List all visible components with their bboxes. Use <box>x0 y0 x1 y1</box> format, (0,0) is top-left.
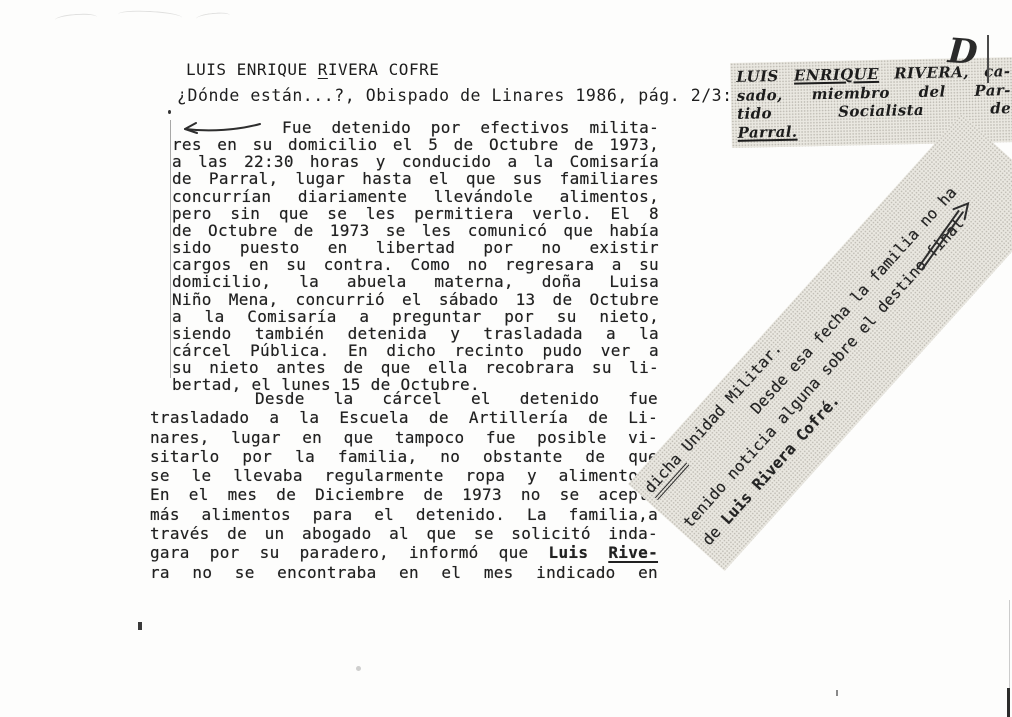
text-line: pero sin que se les permitiera verlo. El… <box>172 205 659 222</box>
text-segment: ENRIQUE <box>794 65 879 85</box>
text-segment: de Parral, lugar hasta el que sus famili… <box>172 169 659 188</box>
text-segment: Desde la cárcel el detenido fue <box>255 389 658 408</box>
text-line: más alimentos para el detenido. La famil… <box>150 505 658 524</box>
edge-mark <box>987 35 989 83</box>
text-segment: trasladado a la Escuela de Artillería de… <box>150 408 658 427</box>
text-segment: cargos en su contra. Como no regresara a… <box>172 255 659 274</box>
text-line: concurrían diariamente llevándole alimen… <box>172 188 659 205</box>
title-underlined-letter: R <box>318 60 328 79</box>
text-line: a las 22:30 horas y conducido a la Comis… <box>172 153 659 170</box>
paragraph-2: Desde la cárcel el detenido fuetrasladad… <box>150 389 658 582</box>
pencil-scribble <box>55 13 98 25</box>
paragraph-1: Fue detenido por efectivos milita-res en… <box>172 119 659 394</box>
ink-speck <box>168 110 171 114</box>
source-citation: ¿Dónde están...?, Obispado de Linares 19… <box>177 86 733 105</box>
text-segment: a las 22:30 horas y conducido a la Comis… <box>172 152 659 171</box>
text-line: de Parral, lugar hasta el que sus famili… <box>172 170 659 187</box>
text-segment: Rive- <box>608 543 658 562</box>
title-segment: LUIS ENRIQUE <box>186 60 318 79</box>
text-segment: de Octubre de 1973 se les comunicó que h… <box>172 221 659 240</box>
ink-speck <box>138 622 142 630</box>
text-segment: través de un abogado al que se solicitó … <box>150 524 658 543</box>
text-line: cargos en su contra. Como no regresara a… <box>172 256 659 273</box>
text-segment: Luis <box>549 543 609 562</box>
text-line: gara por su paradero, informó que Luis R… <box>150 543 658 562</box>
text-segment: nares, lugar en que tampoco fue posible … <box>150 428 658 447</box>
text-segment: cárcel Pública. En dicho recinto pudo ve… <box>172 341 659 360</box>
text-segment: concurrían diariamente llevándole alimen… <box>172 187 659 206</box>
text-line: Desde esa fecha la familia no ha <box>657 141 999 517</box>
text-segment: a la Comisaría a preguntar por su nieto, <box>172 307 659 326</box>
text-segment: ra no se encontraba en el mes indicado e… <box>150 563 658 582</box>
text-segment: Parral. <box>737 122 797 141</box>
text-segment: más alimentos para el detenido. La famil… <box>150 505 658 524</box>
text-segment: domicilio, la abuela materna, doña Luisa <box>172 272 659 291</box>
text-line: res en su domicilio el 5 de Octubre de 1… <box>172 136 659 153</box>
text-line: de Octubre de 1973 se les comunicó que h… <box>172 222 659 239</box>
text-segment: En el mes de Diciembre de 1973 no se ace… <box>150 485 658 504</box>
ink-speck <box>356 666 361 671</box>
text-segment: pero sin que se les permitiera verlo. El… <box>172 204 659 223</box>
text-segment: sido puesto en libertad por no existir <box>172 238 659 257</box>
scanned-document-page: LUIS ENRIQUE RIVERA COFRE ¿Dónde están..… <box>0 0 1012 717</box>
ink-speck <box>836 690 838 696</box>
diagonal-note: dicha Unidad Militar.Desde esa fecha la … <box>628 114 1012 571</box>
text-segment: gara por su paradero, informó que <box>150 543 549 562</box>
text-segment: su nieto antes de que ella recobrara su … <box>172 358 659 377</box>
text-segment: se le llevaba regularmente ropa y alimen… <box>150 466 658 485</box>
pencil-scribble <box>118 9 182 22</box>
text-line: cárcel Pública. En dicho recinto pudo ve… <box>172 342 659 359</box>
scan-edge-artifact <box>1007 688 1010 717</box>
paste-edge-line <box>170 120 171 378</box>
text-line: sido puesto en libertad por no existir <box>172 239 659 256</box>
text-line: a la Comisaría a preguntar por su nieto, <box>172 308 659 325</box>
text-segment: Fue detenido por efectivos milita- <box>282 118 659 137</box>
title-segment: IVERA COFRE <box>328 60 439 79</box>
text-segment: sitarlo por la familia, no obstante de q… <box>150 447 658 466</box>
text-line: nares, lugar en que tampoco fue posible … <box>150 428 658 447</box>
text-line: Niño Mena, concurrió el sábado 13 de Oct… <box>172 291 659 308</box>
text-segment: RIVERA, ca- <box>879 62 1011 83</box>
text-line: su nieto antes de que ella recobrara su … <box>172 359 659 376</box>
text-line: siendo también detenida y trasladada a l… <box>172 325 659 342</box>
text-line: Desde la cárcel el detenido fue <box>150 389 658 408</box>
text-segment: siendo también detenida y trasladada a l… <box>172 324 659 343</box>
text-line: trasladado a la Escuela de Artillería de… <box>150 408 658 427</box>
text-line: domicilio, la abuela materna, doña Luisa <box>172 273 659 290</box>
text-line: En el mes de Diciembre de 1973 no se ace… <box>150 485 658 504</box>
document-title: LUIS ENRIQUE RIVERA COFRE <box>186 60 439 79</box>
corner-letter: D <box>947 31 979 73</box>
pencil-scribble <box>196 11 231 23</box>
text-segment: res en su domicilio el 5 de Octubre de 1… <box>172 135 659 154</box>
text-segment: Niño Mena, concurrió el sábado 13 de Oct… <box>172 290 659 309</box>
text-line: Fue detenido por efectivos milita- <box>172 119 659 136</box>
text-segment: LUIS <box>736 67 794 86</box>
scan-edge-artifact <box>1009 600 1010 692</box>
text-line: sitarlo por la familia, no obstante de q… <box>150 447 658 466</box>
text-line: través de un abogado al que se solicitó … <box>150 524 658 543</box>
text-line: ra no se encontraba en el mes indicado e… <box>150 563 658 582</box>
text-line: se le llevaba regularmente ropa y alimen… <box>150 466 658 485</box>
